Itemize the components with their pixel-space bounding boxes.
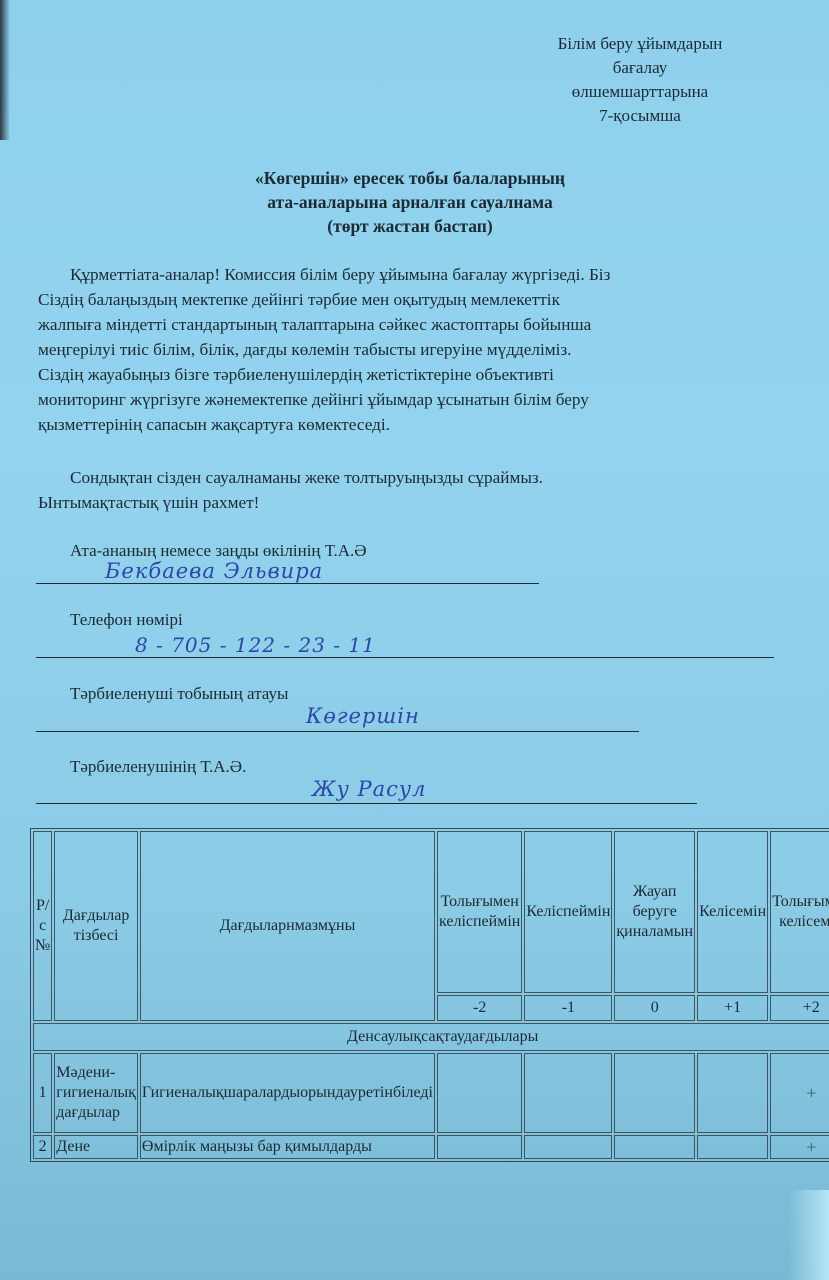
- child-name-field[interactable]: Жу Расул: [312, 777, 426, 801]
- intro-line: Құрметтіата-аналар! Комиссия білім беру …: [38, 262, 798, 287]
- intro-line: мониторинг жүргізуге жәнемектепке дейінг…: [38, 387, 798, 412]
- phone-underline: [36, 657, 774, 658]
- annex-line: 7-қосымша: [490, 104, 790, 128]
- intro-line: қызметтерінің сапасын жақсартуға көмекте…: [38, 412, 798, 437]
- intro-line: меңгерілуі тиіс білім, білік, дағды көле…: [38, 337, 798, 362]
- table-row: 1 Мәдени-гигиеналық дағдылар Гигиеналықш…: [33, 1053, 829, 1133]
- header-skills-list: Дағдылар тізбесі: [54, 831, 138, 1021]
- table-header-row: Р/с № Дағдылар тізбесі Дағдыларнмазмұны …: [33, 831, 829, 993]
- header-number: Р/с №: [33, 831, 52, 1021]
- score-value: -2: [437, 995, 522, 1021]
- row-skill: Мәдени-гигиеналық дағдылар: [54, 1053, 138, 1133]
- answer-cell[interactable]: [697, 1053, 768, 1133]
- score-value: +1: [697, 995, 768, 1021]
- row-number: 1: [33, 1053, 52, 1133]
- answer-cell-checked[interactable]: +: [770, 1135, 829, 1159]
- answer-cell[interactable]: [614, 1135, 695, 1159]
- answer-cell[interactable]: [437, 1053, 522, 1133]
- answer-cell[interactable]: [524, 1135, 612, 1159]
- header-skills-content: Дағдыларнмазмұны: [140, 831, 435, 1021]
- score-value: 0: [614, 995, 695, 1021]
- row-content: Гигиеналықшаралардыорындауретінбіледі: [140, 1053, 435, 1133]
- closing-paragraph: Сондықтан сізден сауалнаманы жеке толтыр…: [38, 465, 798, 515]
- row-content: Өмірлік маңызы бар қимылдарды: [140, 1135, 435, 1159]
- score-value: +2: [770, 995, 829, 1021]
- parent-name-field[interactable]: Бекбаева Эльвира: [105, 559, 323, 583]
- page-edge-highlight: [789, 1190, 829, 1280]
- header-scale-disagree: Келіспеймін: [524, 831, 612, 993]
- child-name-label: Тәрбиеленушінің Т.А.Ә.: [70, 757, 246, 777]
- title-line: ата-аналарына арналған сауалнама: [150, 190, 670, 214]
- answer-cell[interactable]: [524, 1053, 612, 1133]
- row-number: 2: [33, 1135, 52, 1159]
- intro-line: Сіздің жауабыңыз бізге тәрбиеленушілерді…: [38, 362, 798, 387]
- document-title: «Көгершін» ересек тобы балаларының ата-а…: [150, 166, 670, 238]
- closing-line: Ынтымақтастық үшін рахмет!: [38, 490, 798, 515]
- annex-header: Білім беру ұйымдарын бағалау өлшемшартта…: [490, 32, 790, 128]
- intro-line: жалпыға міндетті стандартының талаптарын…: [38, 312, 798, 337]
- answer-cell-checked[interactable]: +: [770, 1053, 829, 1133]
- header-scale-agree: Келісемін: [697, 831, 768, 993]
- row-skill: Дене: [54, 1135, 138, 1159]
- answer-cell[interactable]: [437, 1135, 522, 1159]
- child-name-underline: [36, 803, 697, 804]
- table-row: 2 Дене Өмірлік маңызы бар қимылдарды +: [33, 1135, 829, 1159]
- score-value: -1: [524, 995, 612, 1021]
- annex-line: өлшемшарттарына: [490, 80, 790, 104]
- page-shadow: [0, 0, 10, 140]
- section-row: Денсаулықсақтаудағдылары: [33, 1023, 829, 1051]
- phone-field[interactable]: 8 - 705 - 122 - 23 - 11: [135, 633, 376, 657]
- annex-line: Білім беру ұйымдарын: [490, 32, 790, 56]
- questionnaire-page: Білім беру ұйымдарын бағалау өлшемшартта…: [0, 0, 829, 1280]
- title-line: «Көгершін» ересек тобы балаларының: [150, 166, 670, 190]
- annex-line: бағалау: [490, 56, 790, 80]
- skills-table: Р/с № Дағдылар тізбесі Дағдыларнмазмұны …: [30, 828, 829, 1162]
- header-scale-strongly-disagree: Толығымен келіспеймін: [437, 831, 522, 993]
- group-name-label: Тәрбиеленуші тобының атауы: [70, 684, 288, 704]
- header-scale-strongly-agree: Толығымен келісемін: [770, 831, 829, 993]
- intro-paragraph: Құрметтіата-аналар! Комиссия білім беру …: [38, 262, 798, 437]
- phone-label: Телефон нөмірі: [70, 610, 183, 630]
- header-scale-neutral: Жауап беруге қиналамын: [614, 831, 695, 993]
- parent-name-underline: [36, 583, 539, 584]
- parent-name-label: Ата-ананың немесе заңды өкілінің Т.А.Ә: [70, 541, 367, 561]
- closing-line: Сондықтан сізден сауалнаманы жеке толтыр…: [38, 465, 798, 490]
- answer-cell[interactable]: [614, 1053, 695, 1133]
- title-line: (төрт жастан бастап): [150, 214, 670, 238]
- intro-line: Сіздің балаңыздың мектепке дейінгі тәрби…: [38, 287, 798, 312]
- group-name-underline: [36, 731, 639, 732]
- group-name-field[interactable]: Көгершін: [306, 704, 420, 728]
- section-title: Денсаулықсақтаудағдылары: [33, 1023, 829, 1051]
- answer-cell[interactable]: [697, 1135, 768, 1159]
